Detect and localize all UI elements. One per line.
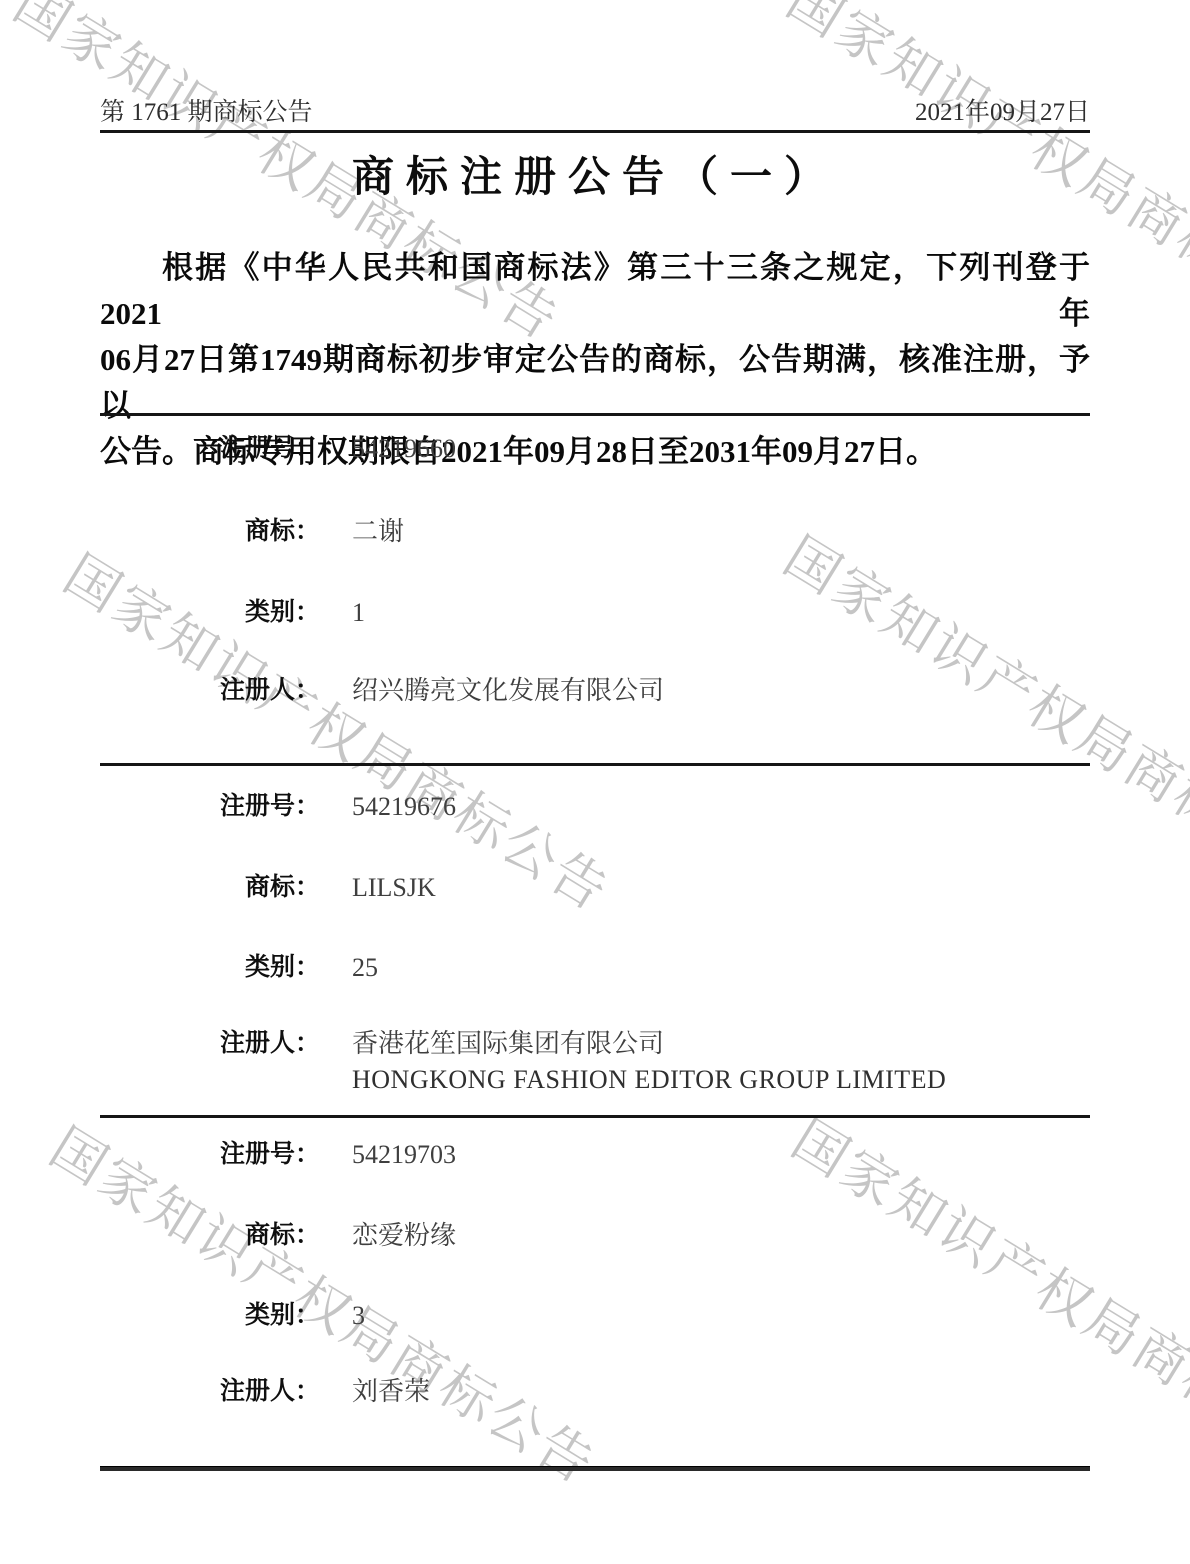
gazette-issue-label: 第 1761 期商标公告 <box>100 92 313 128</box>
trademark-value: 恋爱粉缘 <box>352 1220 456 1252</box>
registrant-row: 注册人： 绍兴腾亮文化发展有限公司 <box>100 675 1090 707</box>
reg-number-row: 注册号： 54219660 <box>100 433 1090 465</box>
page-header: 第 1761 期商标公告 2021年09月27日 <box>100 92 1090 128</box>
reg-number-label: 注册号： <box>100 1139 320 1171</box>
trademark-row: 商标： 恋爱粉缘 <box>100 1220 1090 1252</box>
trademark-label: 商标： <box>100 1220 320 1252</box>
registrant-row: 注册人： 刘香荣 <box>100 1376 1090 1408</box>
reg-number-value: 54219703 <box>352 1139 456 1171</box>
registrant-label: 注册人： <box>100 675 320 707</box>
intro-line: 根据《中华人民共和国商标法》第三十三条之规定，下列刊登于2021年 <box>100 245 1090 337</box>
trademark-label: 商标： <box>100 516 320 548</box>
gazette-date: 2021年09月27日 <box>915 92 1090 128</box>
category-row: 类别： 25 <box>100 952 1090 984</box>
reg-number-row: 注册号： 54219703 <box>100 1139 1090 1171</box>
section-divider <box>100 413 1090 416</box>
trademark-row: 商标： LILSJK <box>100 872 1090 904</box>
registrant-label: 注册人： <box>100 1028 320 1060</box>
reg-number-label: 注册号： <box>100 433 320 465</box>
registrant-label: 注册人： <box>100 1376 320 1408</box>
registrant-name-cn: 香港花笙国际集团有限公司 <box>352 1028 946 1060</box>
category-value: 25 <box>352 952 378 984</box>
trademark-label: 商标： <box>100 872 320 904</box>
registrant-value: 刘香荣 <box>352 1376 430 1408</box>
reg-number-value: 54219676 <box>352 791 456 823</box>
gazette-content: 第 1761 期商标公告 2021年09月27日 商标注册公告（一） 根据《中华… <box>0 0 1190 1564</box>
trademark-value: 二谢 <box>352 516 404 548</box>
category-label: 类别： <box>100 952 320 984</box>
page-bottom-divider <box>100 1466 1090 1471</box>
reg-number-row: 注册号： 54219676 <box>100 791 1090 823</box>
reg-number-label: 注册号： <box>100 791 320 823</box>
category-value: 1 <box>352 597 365 629</box>
registrant-row: 注册人： 香港花笙国际集团有限公司 HONGKONG FASHION EDITO… <box>100 1028 1090 1096</box>
registrant-value: 香港花笙国际集团有限公司 HONGKONG FASHION EDITOR GRO… <box>352 1028 946 1096</box>
trademark-value: LILSJK <box>352 872 436 904</box>
page-title: 商标注册公告（一） <box>0 144 1190 204</box>
registrant-name-en: HONGKONG FASHION EDITOR GROUP LIMITED <box>352 1064 946 1096</box>
entry-divider <box>100 763 1090 766</box>
category-row: 类别： 1 <box>100 597 1090 629</box>
entry-divider <box>100 1115 1090 1118</box>
category-row: 类别： 3 <box>100 1300 1090 1332</box>
category-label: 类别： <box>100 1300 320 1332</box>
gazette-page: 国家知识产权局商标公告 国家知识产权局商标公告 国家知识产权局商标公告 国家知识… <box>0 0 1190 1564</box>
category-value: 3 <box>352 1300 365 1332</box>
reg-number-value: 54219660 <box>352 433 456 465</box>
trademark-row: 商标： 二谢 <box>100 516 1090 548</box>
header-divider <box>100 130 1090 133</box>
registrant-value: 绍兴腾亮文化发展有限公司 <box>352 675 664 707</box>
category-label: 类别： <box>100 597 320 629</box>
